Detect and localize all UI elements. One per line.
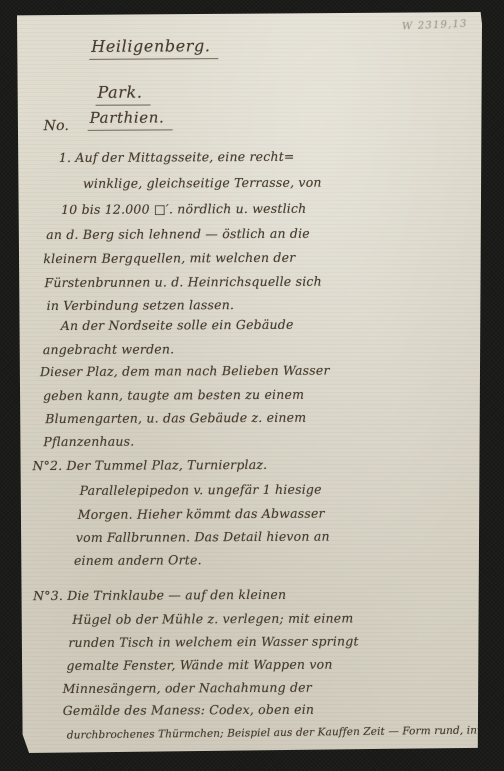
manuscript-line: Parallelepipedon v. ungefär 1 hiesige [80,482,322,498]
manuscript-line: kleinern Bergquellen, mit welchen der [43,250,295,266]
manuscript-line: An der Nordseite solle ein Gebäude [61,317,294,333]
manuscript-line: runden Tisch in welchem ein Wasser sprin… [68,633,358,650]
manuscript-line: Minnesängern, oder Nachahmung der [63,680,312,696]
manuscript-line: in Verbindung setzen lassen. [47,297,235,313]
manuscript-line: vom Fallbrunnen. Das Detail hievon an [76,529,330,545]
manuscript-line: Morgen. Hieher kömmt das Abwasser [78,506,325,522]
manuscript-page: W 2319,13 Heiligenberg. Park. Parthien. … [17,12,482,753]
manuscript-line: 1. Auf der Mittagsseite, eine recht= [59,149,295,165]
manuscript-line: N°3. Die Trinklaube — auf den kleinen [33,587,286,603]
margin-label-no: No. [44,118,70,134]
manuscript-line: Hügel ob der Mühle z. verlegen; mit eine… [72,610,353,626]
manuscript-line: einem andern Orte. [74,552,202,568]
manuscript-line: geben kann, taugte am besten zu einem [43,387,304,403]
manuscript-line: N°2. Der Tummel Plaz, Turnierplaz. [32,457,267,473]
heading-heiligenberg: Heiligenberg. [89,36,218,60]
ink-layer: Heiligenberg. Park. Parthien. No. 1. Auf… [15,11,484,754]
manuscript-line: an d. Berg sich lehnend — östlich an die [46,226,310,242]
manuscript-line: angebracht werden. [43,341,175,357]
manuscript-line: Blumengarten, u. das Gebäude z. einem [45,410,306,426]
heading-park: Park. [95,83,150,106]
manuscript-line: Dieser Plaz, dem man nach Belieben Wasse… [40,363,330,380]
manuscript-line: gemalte Fenster, Wände mit Wappen von [66,657,332,673]
heading-parthien: Parthien. [88,108,173,130]
manuscript-line: Gemälde des Maness: Codex, oben ein [63,702,315,718]
scan-background: W 2319,13 Heiligenberg. Park. Parthien. … [0,0,504,771]
manuscript-line: durchbrochenes Thürmchen; Beispiel aus d… [67,724,504,741]
manuscript-line: winklige, gleichseitige Terrasse, von [83,175,322,191]
manuscript-line: Fürstenbrunnen u. d. Heinrichsquelle sic… [44,274,321,290]
manuscript-line: 10 bis 12.000 □′. nördlich u. westlich [61,201,306,217]
manuscript-line: Pflanzenhaus. [43,434,134,449]
